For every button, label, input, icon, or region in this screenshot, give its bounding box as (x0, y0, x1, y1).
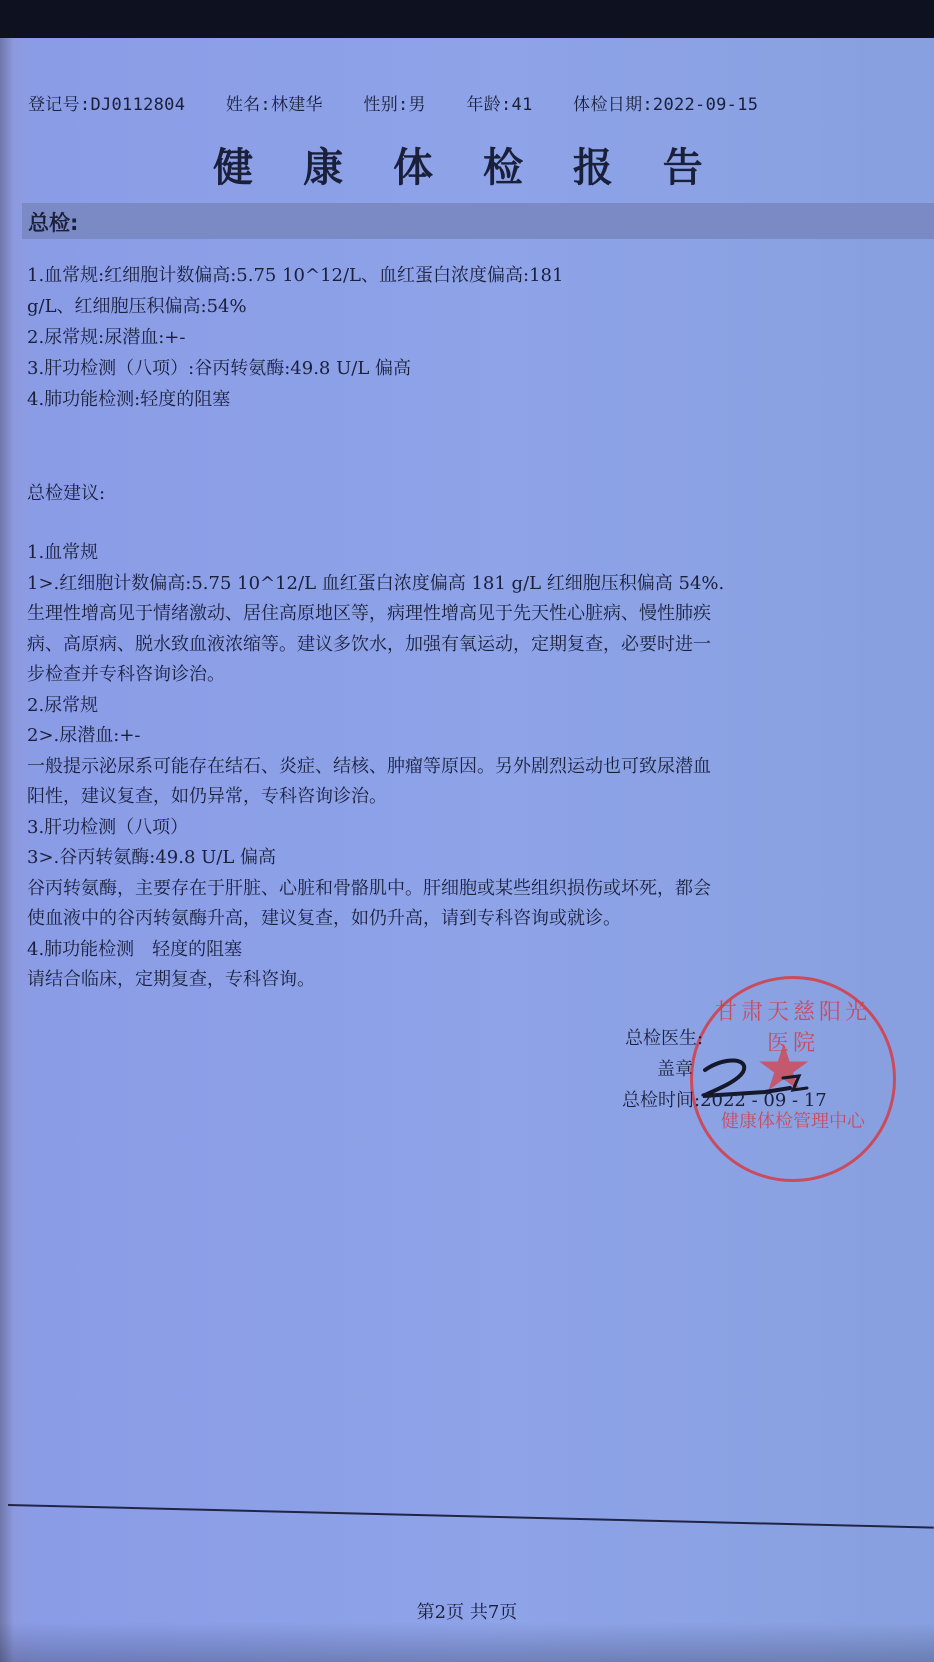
registration-value: DJ0112804 (90, 95, 185, 115)
doctor-label: 总检医生: (625, 1023, 827, 1054)
summary-line: 3.肝功检测（八项）:谷丙转氨酶:49.8 U/L 偏高 (27, 353, 907, 384)
advice-line: 谷丙转氨酶，主要存在于肝脏、心脏和骨骼肌中。肝细胞或某些组织损伤或坏死，都会 (27, 874, 907, 905)
advice-line: 病、高原病、脱水致血液浓缩等。建议多饮水，加强有氧运动，定期复查，必要时进一 (27, 630, 907, 661)
gender-value: 男 (409, 95, 426, 115)
age-label: 年龄: (466, 95, 511, 115)
exam-time-label: 总检时间: (622, 1090, 700, 1111)
summary-line: 1.血常规:红细胞计数偏高:5.75 10^12/L、血红蛋白浓度偏高:181 (27, 260, 907, 291)
advice-line: 步检查并专科咨询诊治。 (27, 660, 907, 691)
exam-time-value: 2022 - 09 - 17 (700, 1090, 827, 1111)
exam-date-label: 体检日期: (573, 95, 653, 115)
advice-line: 阳性，建议复查，如仍异常，专科咨询诊治。 (27, 782, 907, 813)
registration-field: 登记号:DJ0112804 (28, 95, 185, 115)
registration-label: 登记号: (28, 95, 90, 115)
signoff-block: 总检医生: 盖章 总检时间:2022 - 09 - 17 (625, 1023, 827, 1116)
exam-date-value: 2022-09-15 (653, 95, 758, 115)
advice-line: 一般提示泌尿系可能存在结石、炎症、结核、肿瘤等原因。另外剧烈运动也可致尿潜血 (27, 752, 907, 783)
report-title: 健 康 体 检 报 告 (0, 136, 934, 193)
patient-info-line: 登记号:DJ0112804 姓名:林建华 性别:男 年龄:41 体检日期:202… (28, 90, 758, 115)
advice-line: 2.尿常规 (27, 691, 907, 722)
summary-section-label: 总检: (28, 207, 78, 237)
gender-field: 性别:男 (363, 95, 425, 115)
gender-label: 性别: (363, 95, 408, 115)
age-field: 年龄:41 (466, 95, 532, 115)
footer-divider (8, 1504, 934, 1529)
advice-heading: 总检建议: (27, 478, 907, 509)
advice-line: 2>.尿潜血:+- (27, 721, 907, 752)
summary-line: 4.肺功能检测:轻度的阻塞 (27, 384, 907, 415)
name-value: 林建华 (271, 95, 323, 115)
advice-line: 4.肺功能检测 轻度的阻塞 (27, 935, 907, 966)
advice-line: 1>.红细胞计数偏高:5.75 10^12/L 血红蛋白浓度偏高 181 g/L… (27, 569, 907, 600)
exam-time: 总检时间:2022 - 09 - 17 (622, 1085, 827, 1116)
advice-line: 3.肝功检测（八项） (27, 813, 907, 844)
age-value: 41 (512, 95, 533, 115)
exam-date-field: 体检日期:2022-09-15 (573, 95, 758, 115)
advice-line: 3>.谷丙转氨酶:49.8 U/L 偏高 (27, 843, 907, 874)
summary-line: 2.尿常规:尿潜血:+- (27, 322, 907, 353)
advice-line: 1.血常规 (27, 538, 907, 569)
page-indicator: 第2页 共7页 (0, 1598, 934, 1624)
summary-list: 1.血常规:红细胞计数偏高:5.75 10^12/L、血红蛋白浓度偏高:181 … (27, 260, 907, 415)
advice-line: 生理性增高见于情绪激动、居住高原地区等，病理性增高见于先天性心脏病、慢性肺疾 (27, 599, 907, 630)
summary-line: g/L、红细胞压积偏高:54% (27, 291, 907, 322)
report-page: 登记号:DJ0112804 姓名:林建华 性别:男 年龄:41 体检日期:202… (0, 38, 934, 1662)
summary-section-bar: 总检: (22, 203, 934, 239)
name-label: 姓名: (226, 95, 271, 115)
seal-label: 盖章 (657, 1054, 827, 1085)
advice-body: 1.血常规 1>.红细胞计数偏高:5.75 10^12/L 血红蛋白浓度偏高 1… (27, 538, 907, 996)
advice-line: 使血液中的谷丙转氨酶升高，建议复查，如仍升高，请到专科咨询或就诊。 (27, 904, 907, 935)
name-field: 姓名:林建华 (226, 95, 323, 115)
